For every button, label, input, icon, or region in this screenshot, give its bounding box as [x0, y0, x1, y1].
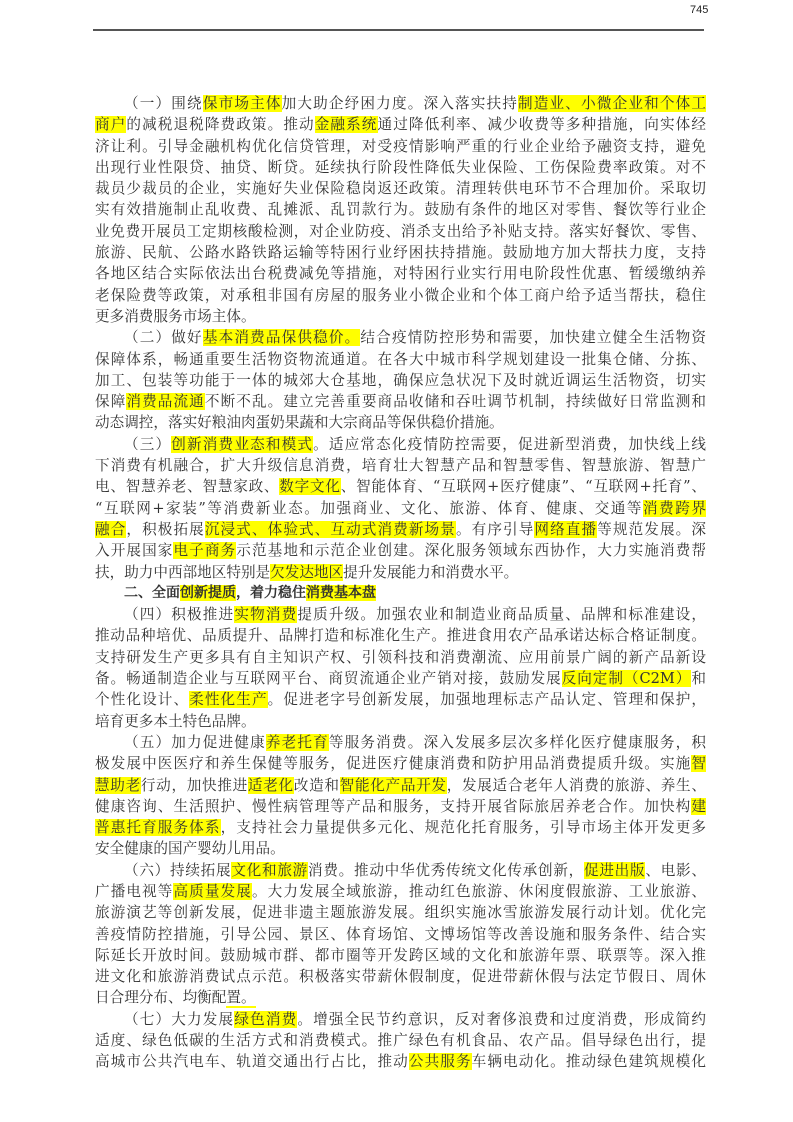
text-line: 裁员少裁员的企业，实施好失业保险稳岗返还政策。清理转供电环节不合理加价。采取切: [95, 178, 706, 199]
text-run: 实有效措施制止乱收费、乱摊派、乱罚款行为。鼓励有条件的地区对零售、餐饮等行业企: [95, 201, 706, 218]
text-run: 下消费有机融合，扩大升级信息消费，培育壮大智慧产品和智慧零售、智慧旅游、智慧广: [95, 457, 706, 474]
text-run: 业免费开展员工定期核酸检测，对企业防疫、消杀支出给予补贴支持。落实好餐饮、零售、: [95, 223, 706, 240]
text-line: 下消费有机融合，扩大升级信息消费，培育壮大智慧产品和智慧零售、智慧旅游、智慧广: [95, 455, 706, 476]
text-run: （二）做好: [124, 329, 203, 346]
text-run: 旅游演艺等创新发展，促进非遗主题旅游发展。组织实施冰雪旅游发展行动计划。优化完: [95, 904, 706, 921]
text-run: 车辆电动化。推动绿色建筑规模化: [472, 1053, 706, 1070]
text-line: 适度、绿色低碳的生活方式和消费模式。推广绿色有机食品、农产品。倡导绿色出行，提: [95, 1030, 706, 1051]
text-run: 裁员少裁员的企业，实施好失业保险稳岗返还政策。清理转供电环节不合理加价。采取切: [95, 180, 706, 197]
text-run: 出现行业性限贷、抽贷、断贷。延续执行阶段性降低失业保险、工伤保险费率政策。对不: [95, 159, 706, 176]
text-run: ，支持社会力量提供多元化、规范化托育服务，引导市场主体开发更多: [221, 819, 706, 836]
text-run: 不断不乱。建立完善重要商品收储和吞吐调节机制，持续做好日常监测和: [205, 393, 706, 410]
text-run: 、智能体育、“互联网+医疗健康”、“互联网+托育”、: [341, 478, 706, 495]
highlighted-phrase: 基本消费品保供稳价。: [203, 329, 361, 346]
text-run: 培育更多本土特色品牌。: [95, 713, 256, 730]
text-run: 加大助企纾困力度。深入落实扶持: [282, 95, 518, 112]
text-run: 保障体系，畅通重要生活物资物流通道。在各大中城市科学规划建设一批集仓储、分拣、: [95, 351, 706, 368]
text-run: 。有序引导: [456, 521, 534, 538]
highlighted-phrase: 消费基本盘: [306, 585, 376, 601]
text-line: （六）持续拓展文化和旅游消费。推动中华优秀传统文化传承创新，促进出版、电影、: [95, 860, 706, 881]
text-line: 慧助老行动，加快推进适老化改造和智能化产品开发，发展适合老年人消费的旅游、养生、: [95, 775, 706, 796]
highlighted-phrase: 商户: [95, 116, 126, 133]
text-line: （三）创新消费业态和模式。适应常态化疫情防控需要，促进新型消费，加快线上线: [95, 434, 706, 455]
text-line: 普惠托育服务体系，支持社会力量提供多元化、规范化托育服务，引导市场主体开发更多: [95, 817, 706, 838]
text-run: （四）积极推进: [124, 606, 234, 623]
highlighted-phrase: 网络直播: [534, 521, 597, 538]
text-run: 行动，加快推进: [141, 777, 248, 794]
text-run: 老保险费等政策，对承租非国有房屋的服务业小微企业和个体工商户给予适当帮扶，稳住: [95, 287, 706, 304]
text-line: 实有效措施制止乱收费、乱摊派、乱罚款行为。鼓励有条件的地区对零售、餐饮等行业企: [95, 199, 706, 220]
text-run: 备。畅通制造企业与互联网平台、商贸流通企业产销对接，鼓励发展: [95, 670, 562, 687]
text-line: 安全健康的国产婴幼儿用品。: [95, 838, 706, 859]
text-run: 等服务消费。深入发展多层次多样化医疗健康服务，积: [329, 734, 706, 751]
text-line: 加工、包装等功能于一体的城郊大仓基地，确保应急状况下及时就近调运生活物资，切实: [95, 370, 706, 391]
text-run: （五）加力促进健康: [124, 734, 266, 751]
text-run: 保障: [95, 393, 126, 410]
text-line: 健康咨询、生活照护、慢性病管理等产品和服务，支持开展省际旅居养老合作。加快构建: [95, 796, 706, 817]
text-run: （七）大力发展: [124, 1011, 234, 1028]
text-line: （七）大力发展绿色消费。增强全民节约意识，反对奢侈浪费和过度消费，形成简约: [95, 1009, 706, 1030]
text-line: 广播电视等高质量发展。大力发展全域旅游，推动红色旅游、休闲度假旅游、工业旅游、: [95, 881, 706, 902]
highlighted-phrase: 智: [691, 755, 706, 772]
text-run: 极发展中医医疗和养生保健等服务，促进医疗健康消费和防护用品消费提质升级。实施: [95, 755, 691, 772]
text-run: 电、智慧养老、智慧家政、: [95, 478, 279, 495]
text-line: 各地区结合实际依法出台税费减免等措施，对特困行业实行用电阶段性优惠、暂缓缴纳养: [95, 263, 706, 284]
text-line: （一）围绕保市场主体加大助企纾困力度。深入落实扶持制造业、小微企业和个体工: [95, 93, 706, 114]
text-run: 结合疫情防控形势和需要，加快建立健全生活物资: [360, 329, 706, 346]
highlighted-phrase: 数字文化: [279, 478, 340, 495]
text-line: 进文化和旅游消费试点示范。积极落实带薪休假制度，促进带薪休假与法定节假日、周休: [95, 966, 706, 987]
text-line: 备。畅通制造企业与互联网平台、商贸流通企业产销对接，鼓励发展反向定制（C2M）和: [95, 668, 706, 689]
text-line: “互联网+家装”等消费新业态。加强商业、文化、旅游、体育、健康、交通等消费跨界: [95, 498, 706, 519]
highlighted-phrase: 绿色消费: [234, 1011, 297, 1028]
text-line: 扶，助力中西部地区特别是欠发达地区提升发展能力和消费水平。: [95, 562, 706, 583]
text-run: 旅游、民航、公路水路铁路运输等特困行业纾困扶持措施。鼓励地方加大帮扶力度，支持: [95, 244, 706, 261]
highlighted-phrase: 保市场主体: [203, 95, 282, 112]
text-run: 适度、绿色低碳的生活方式和消费模式。推广绿色有机食品、农产品。倡导绿色出行，提: [95, 1032, 706, 1049]
text-run: 。适应常态化疫情防控需要，促进新型消费，加快线上线: [313, 436, 706, 453]
text-line: 出现行业性限贷、抽贷、断贷。延续执行阶段性降低失业保险、工伤保险费率政策。对不: [95, 157, 706, 178]
text-line: 保障消费品流通不断不乱。建立完善重要商品收储和吞吐调节机制，持续做好日常监测和: [95, 391, 706, 412]
text-run: 际延长开放时间。鼓励城市群、都市圈等开发跨区域的文化和旅游年票、联票等。深入推: [95, 947, 706, 964]
text-run: 提升发展能力和消费水平。: [343, 564, 518, 581]
text-run: （六）持续拓展: [124, 862, 231, 879]
highlighted-phrase: 欠发达地区: [270, 564, 343, 581]
text-line: （五）加力促进健康养老托育等服务消费。深入发展多层次多样化医疗健康服务，积: [95, 732, 706, 753]
highlighted-phrase: 适老化: [248, 777, 294, 794]
highlighted-phrase: 实物消费: [234, 606, 297, 623]
text-run: 消费。推动中华优秀传统文化传承创新，: [308, 862, 584, 879]
text-run: 二、全面: [124, 585, 180, 601]
highlighted-phrase: 柔性化生产: [189, 691, 267, 708]
text-run: 个性化设计、: [95, 691, 189, 708]
text-line: 培育更多本土特色品牌。: [95, 711, 706, 732]
highlighted-phrase: 消费跨界: [643, 500, 706, 517]
document-body: （一）围绕保市场主体加大助企纾困力度。深入落实扶持制造业、小微企业和个体工商户的…: [95, 93, 706, 1073]
text-run: 示范基地和示范企业创建。深化服务领域东西协作，大力实施消费帮: [236, 542, 706, 559]
highlighted-phrase: 金融系统: [315, 116, 378, 133]
highlighted-phrase: 沉浸式、体验式、互动式消费新场景: [205, 521, 456, 538]
text-line: 保障体系，畅通重要生活物资物流通道。在各大中城市科学规划建设一批集仓储、分拣、: [95, 349, 706, 370]
text-run: 各地区结合实际依法出台税费减免等措施，对特困行业实行用电阶段性优惠、暂缓缴纳养: [95, 265, 706, 282]
text-run: 进文化和旅游消费试点示范。积极落实带薪休假制度，促进带薪休假与法定节假日、周休: [95, 968, 706, 985]
text-line: 个性化设计、柔性化生产。促进老字号创新发展，加强地理标志产品认定、管理和保护，: [95, 689, 706, 710]
highlighted-phrase: 公共服务: [409, 1053, 472, 1070]
text-run: 高城市公共汽电车、轨道交通出行占比，推动: [95, 1053, 409, 1070]
header-rule: [93, 29, 704, 31]
text-line: 极发展中医医疗和养生保健等服务，促进医疗健康消费和防护用品消费提质升级。实施智: [95, 753, 706, 774]
text-run: 。增强全民节约意识，反对奢侈浪费和过度消费，形成简约: [297, 1011, 706, 1028]
highlighted-phrase: 养老托育: [266, 734, 329, 751]
text-line: 支持研发生产更多具有自主知识产权、引领科技和消费潮流、应用前景广阔的新产品新设: [95, 647, 706, 668]
highlighted-phrase: 促进出版: [584, 862, 645, 879]
text-line: 融合，积极拓展沉浸式、体验式、互动式消费新场景。有序引导网络直播等规范发展。深: [95, 519, 706, 540]
text-line: 入开展国家电子商务示范基地和示范企业创建。深化服务领域东西协作，大力实施消费帮: [95, 540, 706, 561]
text-run: 济让利。引导金融机构优化信贷管理，对受疫情影响严重的行业企业给予融资支持，避免: [95, 138, 706, 155]
text-line: 济让利。引导金融机构优化信贷管理，对受疫情影响严重的行业企业给予融资支持，避免: [95, 136, 706, 157]
text-run: 扶，助力中西部地区特别是: [95, 564, 270, 581]
text-line: 高城市公共汽电车、轨道交通出行占比，推动公共服务车辆电动化。推动绿色建筑规模化: [95, 1051, 706, 1072]
text-line: 旅游、民航、公路水路铁路运输等特困行业纾困扶持措施。鼓励地方加大帮扶力度，支持: [95, 242, 706, 263]
text-run: 健康咨询、生活照护、慢性病管理等产品和服务，支持开展省际旅居养老合作。加快构: [95, 798, 691, 815]
highlighted-phrase: 融合: [95, 521, 126, 538]
text-run: 和: [691, 670, 706, 687]
text-run: “互联网+家装”等消费新业态。加强商业、文化、旅游、体育、健康、交通等: [95, 500, 643, 517]
highlighted-phrase: 高质量发展: [173, 883, 251, 900]
text-run: 。大力发展全域旅游，推动红色旅游、休闲度假旅游、工业旅游、: [252, 883, 706, 900]
highlighted-phrase: 制造业、小微企业和个体工: [518, 95, 706, 112]
underlined-phrase: 置。: [226, 989, 255, 1008]
text-line: 善疫情防控措施，引导公园、景区、体育场馆、文博场馆等改善设施和服务条件、结合实: [95, 924, 706, 945]
highlighted-phrase: 慧助老: [95, 777, 141, 794]
text-run: 、电影、: [645, 862, 706, 879]
text-line: 际延长开放时间。鼓励城市群、都市圈等开发跨区域的文化和旅游年票、联票等。深入推: [95, 945, 706, 966]
text-run: 支持研发生产更多具有自主知识产权、引领科技和消费潮流、应用前景广阔的新产品新设: [95, 649, 706, 666]
highlighted-phrase: 创新消费业态和模式: [171, 436, 313, 453]
text-line: 动态调控，落实好粮油肉蛋奶果蔬和大宗商品等保供稳价措施。: [95, 412, 706, 433]
text-line: 老保险费等政策，对承租非国有房屋的服务业小微企业和个体工商户给予适当帮扶，稳住: [95, 285, 706, 306]
highlighted-phrase: 智能化产品开发: [340, 777, 447, 794]
text-run: ，着力稳住: [236, 585, 306, 601]
text-run: 的减税退税降费政策。推动: [126, 116, 314, 133]
text-run: 等规范发展。深: [597, 521, 706, 538]
section-heading: 二、全面创新提质，着力稳住消费基本盘: [95, 583, 706, 604]
text-line: 更多消费服务市场主体。: [95, 306, 706, 327]
text-run: 加工、包装等功能于一体的城郊大仓基地，确保应急状况下及时就近调运生活物资，切实: [95, 372, 706, 389]
text-line: 日合理分布、均衡配置。: [95, 987, 706, 1008]
text-run: 推动品种培优、品质提升、品牌打造和标准化生产。推进食用农产品承诺达标合格证制度。: [95, 627, 706, 644]
text-run: 广播电视等: [95, 883, 173, 900]
text-line: 推动品种培优、品质提升、品牌打造和标准化生产。推进食用农产品承诺达标合格证制度。: [95, 625, 706, 646]
page-number: 745: [690, 4, 708, 16]
highlighted-phrase: 消费品流通: [126, 393, 204, 410]
text-run: 善疫情防控措施，引导公园、景区、体育场馆、文博场馆等改善设施和服务条件、结合实: [95, 926, 706, 943]
highlighted-phrase: 普惠托育服务体系: [95, 819, 221, 836]
text-run: 动态调控，落实好粮油肉蛋奶果蔬和大宗商品等保供稳价措施。: [95, 414, 504, 431]
text-run: 更多消费服务市场主体。: [95, 308, 256, 325]
text-run: （一）围绕: [124, 95, 203, 112]
text-run: 入开展国家: [95, 542, 173, 559]
text-run: 提质升级。加强农业和制造业商品质量、品牌和标准建设，: [297, 606, 706, 623]
text-run: （三）: [124, 436, 171, 453]
text-run: 通过降低利率、减少收费等多种措施，向实体经: [378, 116, 706, 133]
text-run: 日合理分布、均衡配: [95, 989, 226, 1006]
text-run: ，积极拓展: [126, 521, 204, 538]
text-line: （二）做好基本消费品保供稳价。结合疫情防控形势和需要，加快建立健全生活物资: [95, 327, 706, 348]
text-line: （四）积极推进实物消费提质升级。加强农业和制造业商品质量、品牌和标准建设，: [95, 604, 706, 625]
text-run: ，发展适合老年人消费的旅游、养生、: [447, 777, 706, 794]
highlighted-phrase: 反向定制（C2M）: [562, 670, 692, 687]
highlighted-phrase: 电子商务: [173, 542, 236, 559]
highlighted-phrase: 建: [691, 798, 706, 815]
text-run: 安全健康的国产婴幼儿用品。: [95, 840, 285, 857]
text-run: 改造和: [294, 777, 340, 794]
highlighted-phrase: 创新提质: [180, 585, 236, 601]
text-line: 电、智慧养老、智慧家政、数字文化、智能体育、“互联网+医疗健康”、“互联网+托育…: [95, 476, 706, 497]
text-line: 商户的减税退税降费政策。推动金融系统通过降低利率、减少收费等多种措施，向实体经: [95, 114, 706, 135]
text-line: 业免费开展员工定期核酸检测，对企业防疫、消杀支出给予补贴支持。落实好餐饮、零售、: [95, 221, 706, 242]
text-run: 。促进老字号创新发展，加强地理标志产品认定、管理和保护，: [268, 691, 706, 708]
text-line: 旅游演艺等创新发展，促进非遗主题旅游发展。组织实施冰雪旅游发展行动计划。优化完: [95, 902, 706, 923]
highlighted-phrase: 文化和旅游: [231, 862, 308, 879]
